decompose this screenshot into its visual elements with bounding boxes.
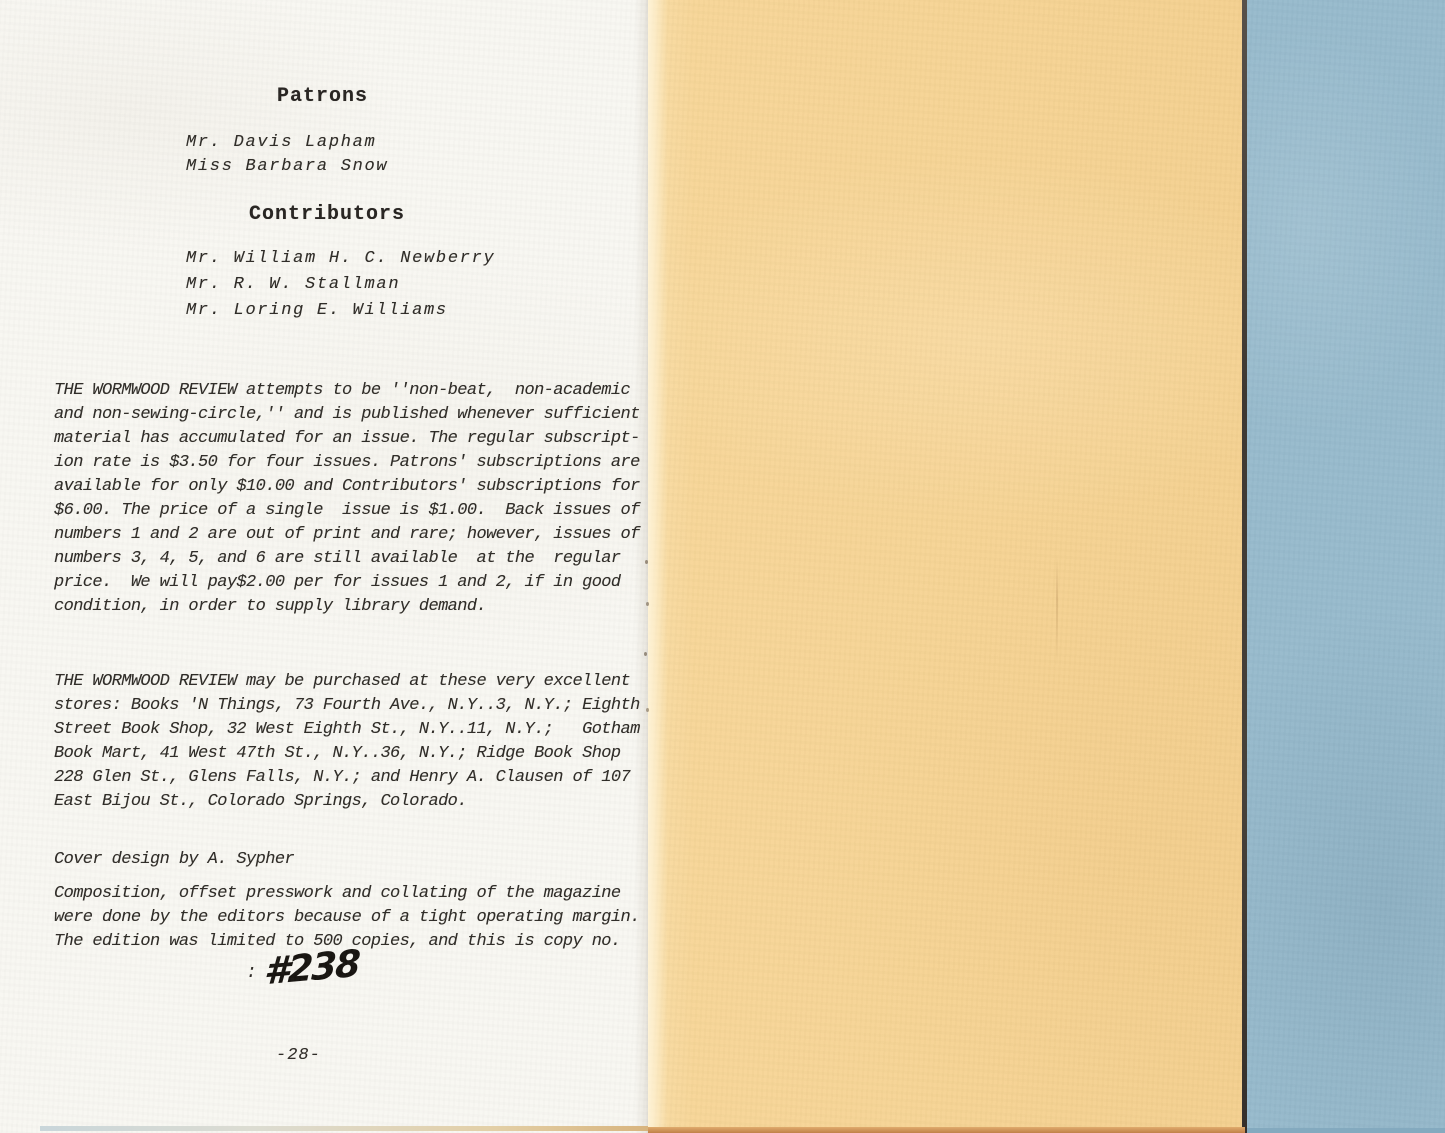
- contributors-heading: Contributors: [249, 203, 405, 226]
- handwritten-copy-number: #238: [264, 946, 359, 989]
- patrons-list: Mr. Davis Lapham Miss Barbara Snow: [186, 131, 388, 179]
- about-paragraph: THE WORMWOOD REVIEW attempts to be ''non…: [54, 379, 659, 619]
- stores-paragraph: THE WORMWOOD REVIEW may be purchased at …: [54, 670, 659, 814]
- contributor-name: Mr. Loring E. Williams: [186, 301, 448, 320]
- patrons-heading: Patrons: [277, 85, 368, 108]
- fold-highlight: [648, 0, 668, 1133]
- page-edge-shadow: [634, 0, 648, 1133]
- cream-cover-page: [648, 0, 1245, 1133]
- contributor-name: Mr. R. W. Stallman: [186, 275, 400, 294]
- paper-specks: [645, 560, 648, 564]
- page-number: -28-: [276, 1046, 321, 1065]
- patron-name: Mr. Davis Lapham: [186, 133, 376, 152]
- copy-number-colon: :: [246, 963, 257, 983]
- cover-credit-line: Cover design by A. Sypher: [54, 848, 294, 872]
- blue-page-edge: [1247, 0, 1445, 1133]
- paper-crease: [1056, 555, 1058, 665]
- contributors-list: Mr. William H. C. Newberry Mr. R. W. Sta…: [186, 246, 495, 324]
- patron-name: Miss Barbara Snow: [186, 157, 388, 176]
- contributor-name: Mr. William H. C. Newberry: [186, 249, 495, 268]
- copy-number-value: #238: [263, 942, 359, 994]
- bottom-edge-right: [1247, 1128, 1445, 1133]
- bottom-edge-middle: [648, 1127, 1245, 1133]
- left-text-page: Patrons Mr. Davis Lapham Miss Barbara Sn…: [0, 0, 648, 1133]
- scanned-magazine-spread: Patrons Mr. Davis Lapham Miss Barbara Sn…: [0, 0, 1445, 1133]
- bottom-edge-left: [40, 1126, 648, 1131]
